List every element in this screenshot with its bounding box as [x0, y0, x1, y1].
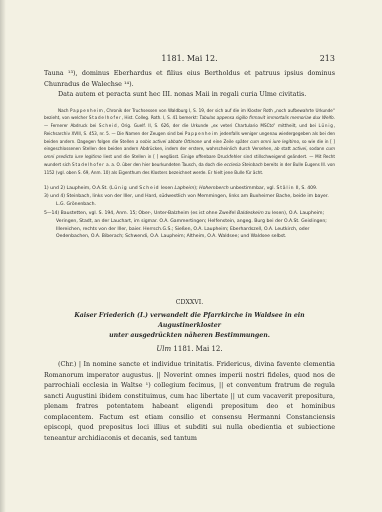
footnote: 3) und 4) Steinbach, links von der Iller…: [44, 193, 335, 209]
document-place-date: Ulm 1181. Mai 12.: [44, 345, 335, 353]
footnote: 5—14) Baustetten, vgl. S. 194, Anm. 15; …: [44, 210, 335, 241]
book-page: 1181. Mai 12. 213 Tauna ¹³), dominus Ebe…: [44, 54, 335, 443]
running-head: 1181. Mai 12. 213: [44, 54, 335, 68]
author-name: Pappenheim: [185, 132, 219, 137]
page-number: 213: [320, 54, 335, 63]
running-head-date: 1181. Mai 12.: [44, 54, 335, 63]
footnotes: 1) und 2) Laupheim, O.A.St. (Lünig und S…: [44, 185, 335, 242]
author-name: Stadelhofer: [89, 116, 122, 121]
author-name: Scheid: [99, 124, 118, 129]
editorial-note: Nach Pappenheim, Chronik der Truchsessen…: [44, 108, 335, 178]
document-title: Kaiser Friederich (I.) verwandelt die Pf…: [44, 311, 335, 341]
footnote: 1) und 2) Laupheim, O.A.St. (Lünig und S…: [44, 185, 335, 193]
author-name: Stadelhofer: [72, 163, 105, 168]
dating-clause: Data autem et peracta sunt hec III. nona…: [44, 89, 335, 100]
charter-text: (Chr.) | In nomine sancte et individue t…: [44, 359, 335, 443]
document-number: CDXXVI.: [44, 299, 335, 306]
witness-list-end: Tauna ¹³), dominus Eberhardus et filius …: [44, 68, 335, 89]
author-name: Pappenheim: [70, 109, 104, 114]
page-edge-shadow: [0, 0, 6, 512]
author-name: Lünig: [318, 124, 333, 129]
